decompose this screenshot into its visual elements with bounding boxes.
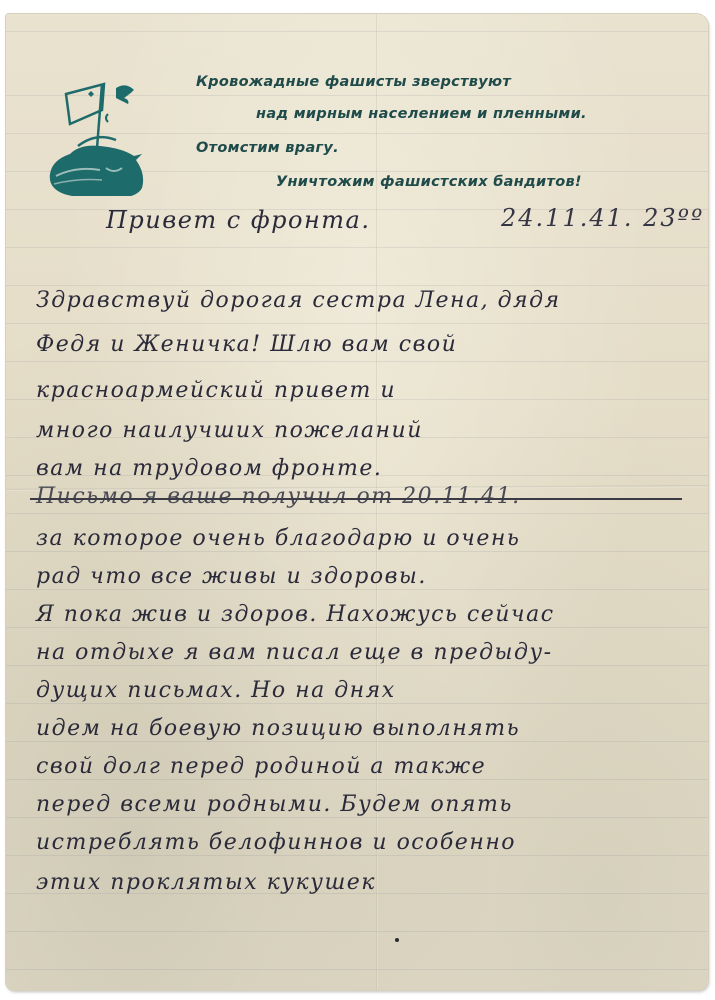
letter-date: 24.11.41. 23ºº xyxy=(501,204,704,232)
slogan-line-2: над мирным населением и пленными. xyxy=(256,106,587,122)
letter-line: истреблять белофиннов и особенно xyxy=(36,830,516,855)
letter-line: идем на боевую позицию выполнять xyxy=(36,716,520,741)
slogan-line-3: Отомстим врагу. xyxy=(196,140,339,156)
tank-with-flag-icon xyxy=(36,66,151,196)
strikethrough-line xyxy=(30,498,682,500)
letter-line: рад что все живы и здоровы. xyxy=(36,564,427,589)
ink-spot xyxy=(395,938,399,942)
letter-line: Здравствуй дорогая сестра Лена, дядя xyxy=(36,288,561,313)
slogan-line-4: Уничтожим фашистских бандитов! xyxy=(276,174,582,190)
letter-paper: Кровожадные фашисты зверствуют над мирны… xyxy=(6,14,708,990)
letter-line: вам на трудовом фронте. xyxy=(36,456,382,481)
letter-line: красноармейский привет и xyxy=(36,378,396,403)
slogan-line-1: Кровожадные фашисты зверствуют xyxy=(196,74,511,90)
letter-line: Я пока жив и здоров. Нахожусь сейчас xyxy=(36,602,555,627)
letter-line: на отдыхе я вам писал еще в предыду- xyxy=(36,640,553,665)
letter-line: много наилучших пожеланий xyxy=(36,418,423,443)
letter-title: Привет с фронта. xyxy=(106,206,370,234)
letter-line: Федя и Женичка! Шлю вам свой xyxy=(36,332,457,357)
letter-line: дущих письмах. Но на днях xyxy=(36,678,396,703)
letter-line: за которое очень благодарю и очень xyxy=(36,526,520,551)
letter-line-struck: Письмо я ваше получил от 20.11.41. xyxy=(36,484,521,509)
letter-line: свой долг перед родиной а также xyxy=(36,754,486,779)
letter-line: перед всеми родными. Будем опять xyxy=(36,792,513,817)
letter-line: этих проклятых кукушек xyxy=(36,870,376,895)
